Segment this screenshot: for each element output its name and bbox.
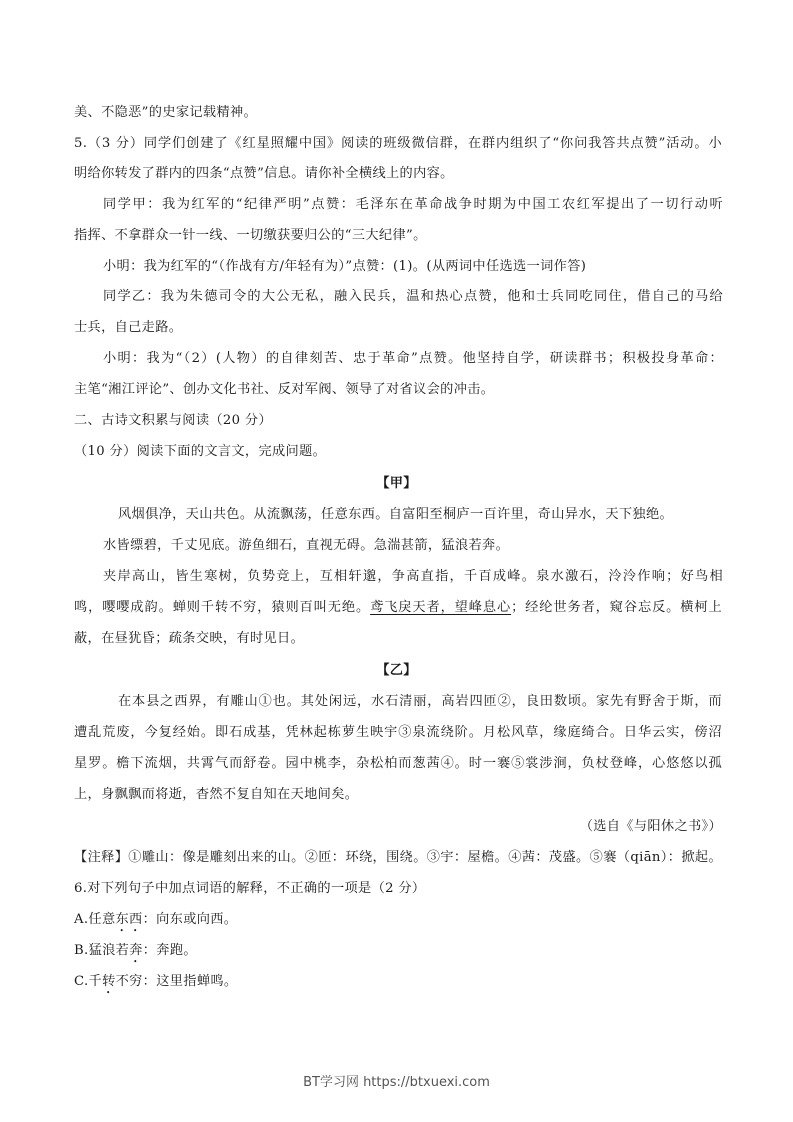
option-b: B.猛浪若奔：奔跑。 [74,942,722,966]
option-text: ：奔跑。 [143,943,197,958]
text-line: 士兵，自己走路。 [74,319,722,337]
passage-jia-heading: 【甲】 [0,475,793,493]
passage-yi-text: 星罗。檐下流烟，共霄气而舒卷。园中桃李，杂松柏而葱茜④。时一褰⑤裳涉涧，负杖登峰… [74,755,722,773]
dotted-word: 东西 [116,912,143,927]
section-heading: 二、古诗文积累与阅读（20 分） [74,412,722,430]
exam-page: 美、不隐恶”的史家记载精神。 5.（3 分）同学们创建了《红星照耀中国》阅读的班… [0,0,793,1122]
dotted-word: 转 [102,974,116,989]
option-text: ：向东或向西。 [143,912,238,927]
watermark-footer: BT学习网 https://btxuexi.com [0,1071,793,1090]
passage-jia-text: 夹岸高山，皆生寒树，负势竞上，互相轩邈，争高直指，千百成峰。泉水激石，泠泠作响；… [103,568,723,586]
text-line: 主笔“湘江评论”、创办文化书社、反对军阀、领导了对省议会的冲击。 [74,381,722,399]
text-line: 同学乙：我为朱德司令的大公无私，融入民兵，温和热心点赞，他和士兵同吃同住，借自己… [103,288,723,306]
option-text: B.猛浪若 [74,943,129,958]
passage-source: （选自《与阳休之书》） [0,818,722,836]
text-line: 明给你转发了群内的四条“点赞”信息。请你补全横线上的内容。 [74,165,722,183]
option-text: C.千 [74,974,102,989]
question-5-stem: 5.（3 分）同学们创建了《红星照耀中国》阅读的班级微信群，在群内组织了“你问我… [74,135,722,153]
underlined-sentence: 鸢飞戾天者，望峰息心 [370,600,511,615]
text-line: 美、不隐恶”的史家记载精神。 [74,104,722,122]
passage-yi-text: 上，身飘飘而将逝，杳然不复自知在天地间矣。 [74,786,722,804]
passage-jia-text: 水皆缥碧，千丈见底。游鱼细石，直视无碍。急湍甚箭，猛浪若奔。 [103,537,723,555]
passage-jia-text: 鸣，嘤嘤成韵。蝉则千转不穷，猿则百叫无绝。鸢飞戾天者，望峰息心；经纶世务者，窥谷… [74,599,722,617]
passage-text: 鸣，嘤嘤成韵。蝉则千转不穷，猿则百叫无绝。 [74,600,370,615]
passage-yi-text: 在本县之西界，有雕山①也。其处闲远，水石清丽，高岩四匝②，良田数顷。家先有野舍于… [118,693,722,711]
passage-yi-text: 遭乱荒废，今复经始。即石成基，凭林起栋萝生映宇③泉流绕阶。月松风草，缘庭绮合。日… [74,724,722,742]
text-line: 指挥、不拿群众一针一线、一切缴获要归公的“三大纪律”。 [74,227,722,245]
question-6-stem: 6.对下列句子中加点词语的解释，不正确的一项是（2 分） [74,880,722,898]
passage-text: ；经纶世务者，窥谷忘反。横柯上 [511,600,722,615]
text-line: 小明：我为红军的“（作战有方/年轻有为）”点赞：(1)。(从两词中任选选一词作答… [103,258,723,276]
option-a: A.任意东西：向东或向西。 [74,911,722,935]
text-line: 小明：我为“（2）(人物）的自律刻苦、忠于革命”点赞。他坚持自学，研读群书；积极… [103,350,723,368]
passage-yi-heading: 【乙】 [0,662,793,680]
question-intro: （10 分）阅读下面的文言文，完成问题。 [74,443,722,461]
option-text: 不穷：这里指蝉鸣。 [116,974,238,989]
option-text: A.任意 [74,912,116,927]
option-c: C.千转不穷：这里指蝉鸣。 [74,973,722,997]
dotted-word: 奔 [129,943,143,958]
passage-jia-text: 蔽，在昼犹昏；疏条交映，有时见日。 [74,630,722,648]
passage-jia-text: 风烟俱净，天山共色。从流飘荡，任意东西。自富阳至桐庐一百许里，奇山异水，天下独绝… [118,506,766,524]
annotations: 【注释】①雕山：像是雕刻出来的山。②匝：环绕，围绕。③宇：屋檐。④茜：茂盛。⑤褰… [74,849,722,867]
text-line: 同学甲：我为红军的“纪律严明”点赞：毛泽东在革命战争时期为中国工农红军提出了一切… [103,196,723,214]
